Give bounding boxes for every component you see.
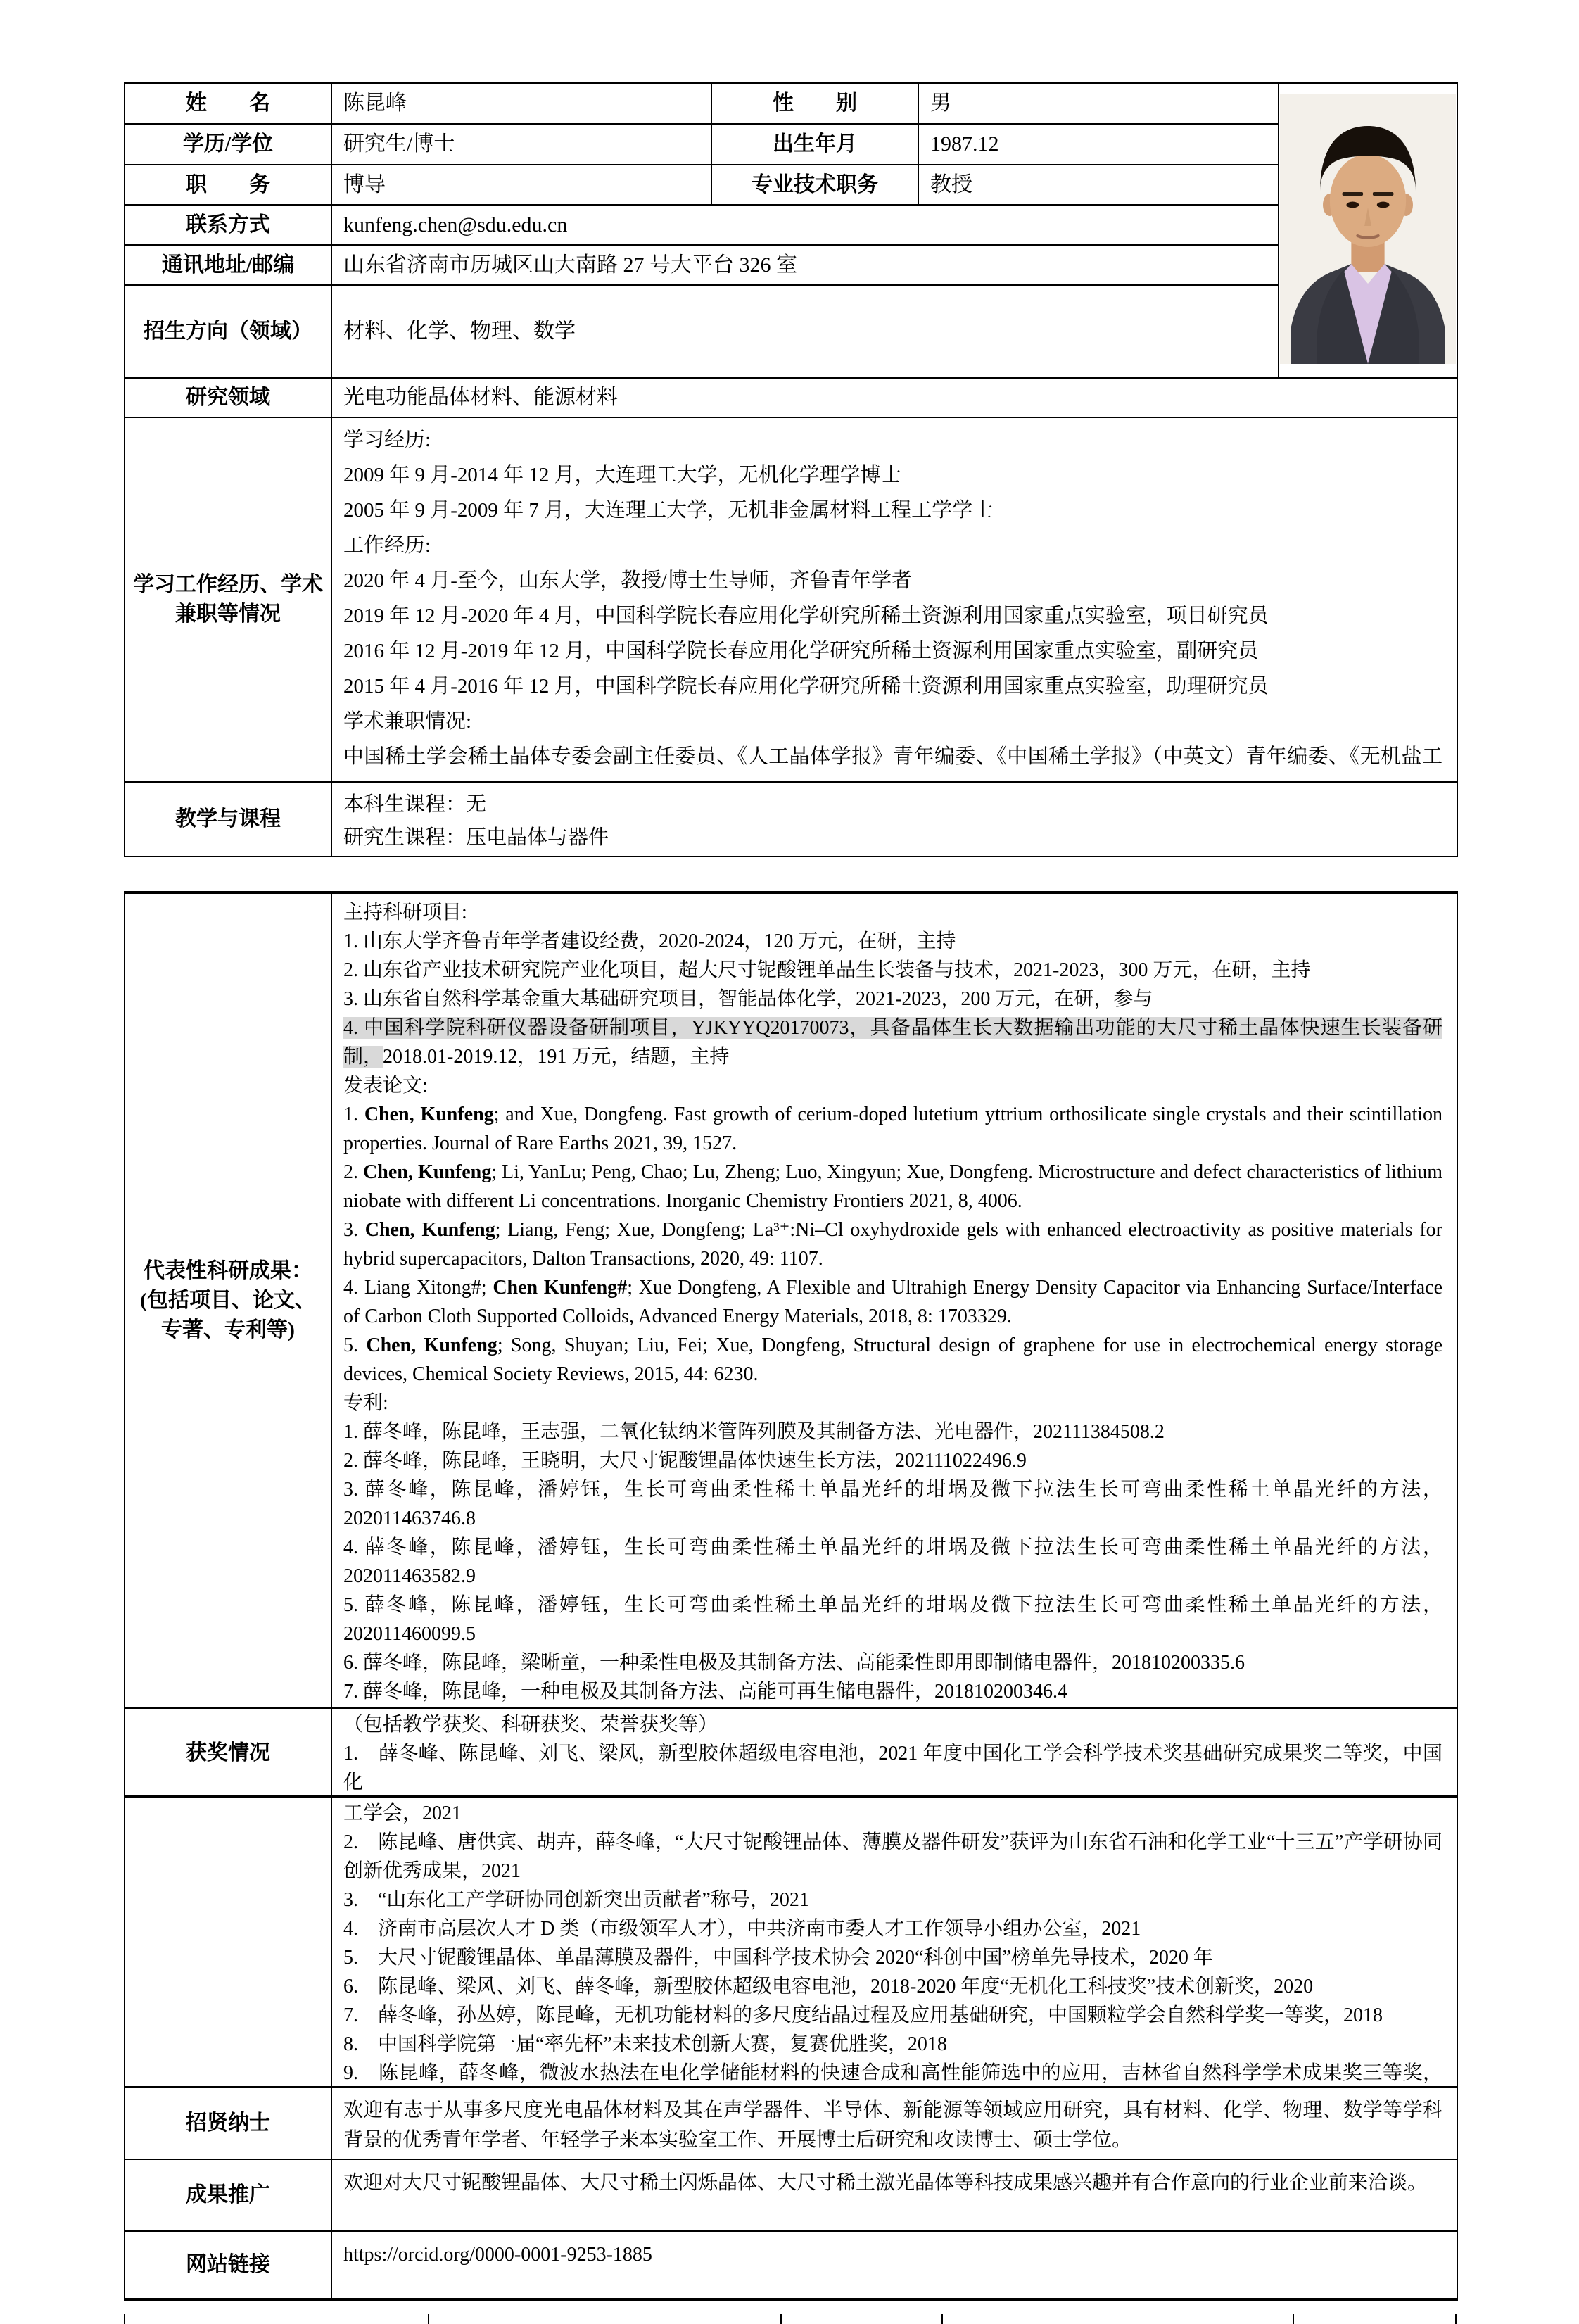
prof-title-value: 教授 (918, 165, 1279, 205)
patent-item: 2. 薛冬峰，陈昆峰，王晓明，大尺寸铌酸锂晶体快速生长方法，2021110224… (343, 1446, 1442, 1475)
recruiting-content: 欢迎有志于从事多尺度光电晶体材料及其在声学器件、半导体、新能源等领域应用研究，具… (331, 2087, 1457, 2159)
patent-item: 7. 薛冬峰，陈昆峰，一种电极及其制备方法、高能可再生储电器件，20181020… (343, 1677, 1442, 1706)
degree-value: 研究生/博士 (331, 124, 711, 165)
website-content: https://orcid.org/0000-0001-9253-1885 (331, 2231, 1457, 2299)
enroll-value: 材料、化学、物理、数学 (331, 285, 1279, 378)
experience-line: 2020 年 4 月-至今，山东大学，教授/博士生导师，齐鲁青年学者 (343, 563, 1442, 598)
experience-line: 2009 年 9 月-2014 年 12 月，大连理工大学，无机化学理学博士 (343, 457, 1442, 493)
address-label: 通讯地址/邮编 (125, 245, 331, 285)
degree-label: 学历/学位 (125, 124, 331, 165)
document-page: 姓 名 陈昆峰 性 别 男 (0, 0, 1579, 2324)
awards-label: 获奖情况 (125, 1708, 331, 1798)
award-item: 8. 中国科学院第一届“率先杯”未来技术创新大赛，复赛优胜奖，2018 (343, 2030, 1442, 2059)
award-item: 3. “山东化工产学研协同创新突出贡献者”称号，2021 (343, 1886, 1442, 1914)
experience-label: 学习工作经历、学术兼职等情况 (125, 417, 331, 782)
awards-continued-content: 工学会，2021 2. 陈昆峰、唐供宾、胡卉，薛冬峰，“大尺寸铌酸锂晶体、薄膜及… (331, 1796, 1457, 2087)
portrait-face (1330, 154, 1406, 247)
award-item: 2. 陈昆峰、唐供宾、胡卉，薛冬峰，“大尺寸铌酸锂晶体、薄膜及器件研发”获评为山… (343, 1828, 1442, 1886)
bottom-table-cell (125, 2314, 429, 2324)
project-item-highlighted: 4. 中国科学院科研仪器设备研制项目，YJKYYQ20170073，具备晶体生长… (343, 1013, 1442, 1071)
patent-item: 6. 薛冬峰，陈昆峰，梁晰童，一种柔性电极及其制备方法、高能柔性即用即制储电器件… (343, 1648, 1442, 1677)
position-value: 博导 (331, 165, 711, 205)
patent-item: 4. 薛冬峰，陈昆峰，潘婷钰，生长可弯曲柔性稀土单晶光纤的坩埚及微下拉法生长可弯… (343, 1533, 1442, 1591)
recruiting-text: 欢迎有志于从事多尺度光电晶体材料及其在声学器件、半导体、新能源等领域应用研究，具… (343, 2092, 1442, 2159)
achievements-table: 代表性科研成果：(包括项目、论文、专著、专利等) 主持科研项目: 1. 山东大学… (124, 891, 1458, 1800)
publications-heading: 发表论文: (343, 1071, 1442, 1100)
award-item: 4. 济南市高层次人才 D 类（市级领军人才），中共济南市委人才工作领导小组办公… (343, 1914, 1442, 1943)
publication-item: 2. Chen, Kunfeng; Li, YanLu; Peng, Chao;… (343, 1158, 1442, 1215)
name-value: 陈昆峰 (331, 83, 711, 124)
bottom-table-cell (782, 2314, 943, 2324)
project-item: 3. 山东省自然科学基金重大基础研究项目，智能晶体化学，2021-2023，20… (343, 985, 1442, 1013)
gender-value: 男 (918, 83, 1279, 124)
award-item: 1. 薛冬峰、陈昆峰、刘飞、梁风，新型胶体超级电容电池，2021 年度中国化工学… (343, 1739, 1442, 1797)
name-label: 姓 名 (125, 83, 331, 124)
website-label: 网站链接 (125, 2231, 331, 2299)
research-value: 光电功能晶体材料、能源材料 (331, 378, 1457, 417)
experience-line: 中国稀土学会稀土晶体专委会副主任委员、《人工晶体学报》青年编委、《中国稀土学报》… (343, 739, 1442, 778)
award-item-continuation: 工学会，2021 (343, 1799, 1442, 1828)
publication-item: 4. Liang Xitong#; Chen Kunfeng#; Xue Don… (343, 1273, 1442, 1331)
website-url: https://orcid.org/0000-0001-9253-1885 (343, 2236, 1442, 2270)
address-value: 山东省济南市历城区山大南路 27 号大平台 326 室 (331, 245, 1279, 285)
publication-item: 3. Chen, Kunfeng; Liang, Feng; Xue, Dong… (343, 1215, 1442, 1273)
enroll-label: 招生方向（领域） (125, 285, 331, 378)
experience-line: 2005 年 9 月-2009 年 7 月，大连理工大学，无机非金属材料工程工学… (343, 493, 1442, 528)
portrait-photo (1279, 83, 1457, 378)
project-item-tail: 2018.01-2019.12，191 万元，结题，主持 (383, 1046, 729, 1068)
profile-table: 姓 名 陈昆峰 性 别 男 (124, 82, 1458, 857)
experience-line: 工作经历: (343, 528, 1442, 563)
experience-content: 学习经历:2009 年 9 月-2014 年 12 月，大连理工大学，无机化学理… (331, 417, 1457, 782)
patents-heading: 专利: (343, 1389, 1442, 1417)
recruit-table: 工学会，2021 2. 陈昆峰、唐供宾、胡卉，薛冬峰，“大尺寸铌酸锂晶体、薄膜及… (124, 1795, 1458, 2301)
prof-title-label: 专业技术职务 (711, 165, 918, 205)
research-label: 研究领域 (125, 378, 331, 417)
awards-note: （包括教学获奖、科研获奖、荣誉获奖等） (343, 1710, 1442, 1739)
gender-label: 性 别 (711, 83, 918, 124)
projects-heading: 主持科研项目: (343, 898, 1442, 927)
award-item: 7. 薛冬峰，孙丛婷，陈昆峰，无机功能材料的多尺度结晶过程及应用基础研究，中国颗… (343, 2001, 1442, 2030)
publication-item: 5. Chen, Kunfeng; Song, Shuyan; Liu, Fei… (343, 1331, 1442, 1389)
recruiting-label: 招贤纳士 (125, 2087, 331, 2159)
contact-label: 联系方式 (125, 205, 331, 245)
experience-line: 2019 年 12 月-2020 年 4 月，中国科学院长春应用化学研究所稀土资… (343, 598, 1442, 633)
project-item: 2. 山东省产业技术研究院产业化项目，超大尺寸铌酸锂单晶生长装备与技术，2021… (343, 956, 1442, 985)
publication-item: 1. Chen, Kunfeng; and Xue, Dongfeng. Fas… (343, 1100, 1442, 1158)
awards-content: （包括教学获奖、科研获奖、荣誉获奖等） 1. 薛冬峰、陈昆峰、刘飞、梁风，新型胶… (331, 1708, 1457, 1798)
course-line: 研究生课程：压电晶体与器件 (343, 820, 1442, 853)
achievements-content: 主持科研项目: 1. 山东大学齐鲁青年学者建设经费，2020-2024，120 … (331, 892, 1457, 1708)
course-line: 本科生课程：无 (343, 787, 1442, 820)
award-item: 5. 大尺寸铌酸锂晶体、单晶薄膜及器件，中国科学技术协会 2020“科创中国”榜… (343, 1943, 1442, 1972)
contact-email: kunfeng.chen@sdu.edu.cn (331, 205, 1279, 245)
award-item: 9. 陈昆峰，薛冬峰，微波水热法在电化学储能材料的快速合成和高性能筛选中的应用，… (343, 2059, 1442, 2086)
project-item: 1. 山东大学齐鲁青年学者建设经费，2020-2024，120 万元，在研，主持 (343, 927, 1442, 956)
patent-item: 3. 薛冬峰，陈昆峰，潘婷钰，生长可弯曲柔性稀土单晶光纤的坩埚及微下拉法生长可弯… (343, 1475, 1442, 1533)
bottom-table-cell (429, 2314, 782, 2324)
experience-line: 学术兼职情况: (343, 704, 1442, 739)
award-item: 6. 陈昆峰、梁风、刘飞、薛冬峰，新型胶体超级电容电池，2018-2020 年度… (343, 1972, 1442, 2001)
patent-item: 5. 薛冬峰，陈昆峰，潘婷钰，生长可弯曲柔性稀土单晶光纤的坩埚及微下拉法生长可弯… (343, 1591, 1442, 1648)
bottom-table-cell (1294, 2314, 1455, 2324)
promotion-label: 成果推广 (125, 2159, 331, 2231)
position-label: 职 务 (125, 165, 331, 205)
experience-line: 学习经历: (343, 422, 1442, 457)
awards-label-continued (125, 1796, 331, 2087)
birth-value: 1987.12 (918, 124, 1279, 165)
achievements-label: 代表性科研成果：(包括项目、论文、专著、专利等) (125, 892, 331, 1708)
teaching-label: 教学与课程 (125, 782, 331, 857)
portrait-image (1280, 94, 1456, 364)
patent-item: 1. 薛冬峰，陈昆峰，王志强，二氧化钛纳米管阵列膜及其制备方法、光电器件，202… (343, 1417, 1442, 1446)
experience-line: 2016 年 12 月-2019 年 12 月，中国科学院长春应用化学研究所稀土… (343, 633, 1442, 669)
teaching-content: 本科生课程：无研究生课程：压电晶体与器件 (331, 782, 1457, 857)
truncated-bottom-table (124, 2314, 1457, 2324)
bottom-table-cell (943, 2314, 1294, 2324)
birth-label: 出生年月 (711, 124, 918, 165)
experience-line: 2015 年 4 月-2016 年 12 月，中国科学院长春应用化学研究所稀土资… (343, 669, 1442, 704)
promotion-content: 欢迎对大尺寸铌酸锂晶体、大尺寸稀土闪烁晶体、大尺寸稀土激光晶体等科技成果感兴趣并… (331, 2159, 1457, 2231)
promotion-text: 欢迎对大尺寸铌酸锂晶体、大尺寸稀土闪烁晶体、大尺寸稀土激光晶体等科技成果感兴趣并… (343, 2164, 1442, 2198)
